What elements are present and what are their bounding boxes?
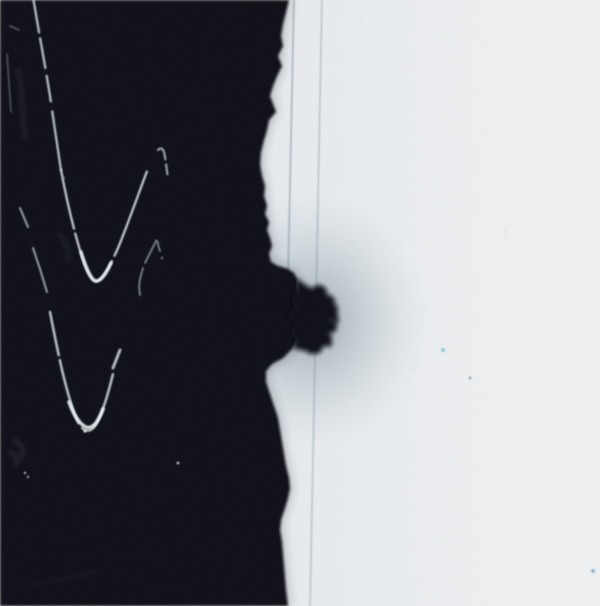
- film-grain: [0, 0, 600, 606]
- photo-canvas: [0, 0, 600, 606]
- photo: [0, 0, 600, 606]
